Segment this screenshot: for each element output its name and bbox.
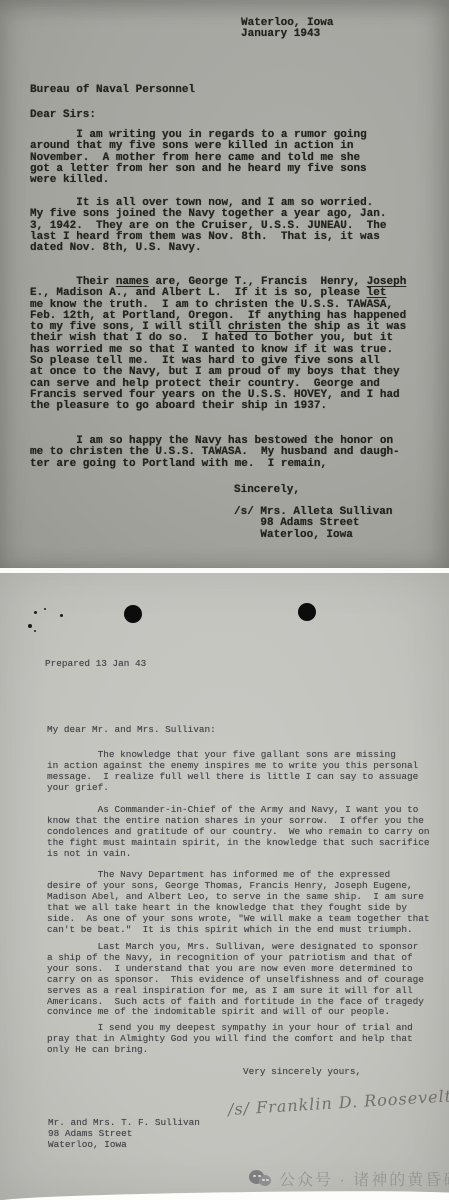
watermark: 公众号 · 诸神的黄昏研究会 (249, 1167, 449, 1190)
ink-speck (60, 614, 63, 617)
letter2-paragraph-5: I send you my deepest sympathy in your h… (47, 1023, 442, 1056)
letter2-salutation: My dear Mr. and Mrs. Sullivan: (47, 725, 216, 736)
letter2-paragraph-1: The knowledge that your five gallant son… (47, 750, 442, 794)
letter-sullivan-to-navy: Waterloo, Iowa January 1943 Bureau of Na… (0, 0, 449, 568)
ink-speck (34, 611, 37, 614)
letter2-recipient-block: Mr. and Mrs. T. F. Sullivan 98 Adams Str… (48, 1118, 200, 1151)
letter1-paragraph-1: I am writing you in regards to a rumor g… (30, 130, 435, 186)
hole-punch-right (298, 603, 316, 621)
letter1-closing: Sincerely, (234, 485, 300, 496)
ink-speck (28, 624, 32, 628)
chat-bubbles-icon (249, 1170, 273, 1188)
roosevelt-handwritten-signature: /s/ Franklin D. Roosevelt (227, 1086, 449, 1119)
letter1-paragraph-4: I am so happy the Navy has bestowed the … (30, 436, 435, 470)
letter2-prepared-stamp: Prepared 13 Jan 43 (45, 659, 146, 670)
letter1-paragraph-3: Their names are, George T., Francis Henr… (30, 277, 440, 413)
letter2-paragraph-4: Last March you, Mrs. Sullivan, were desi… (47, 942, 442, 1018)
letter1-paragraph-2: It is all over town now, and I am so wor… (30, 198, 435, 254)
letter1-signature-block: /s/ Mrs. Alleta Sullivan 98 Adams Street… (234, 507, 392, 541)
letter-roosevelt-reply: Prepared 13 Jan 43 My dear Mr. and Mrs. … (0, 573, 449, 1200)
torn-scan-edge (0, 1190, 449, 1200)
letter2-paragraph-2: As Commander-in-Chief of the Army and Na… (47, 805, 442, 860)
ink-speck (34, 630, 36, 632)
watermark-text: 公众号 · 诸神的黄昏研究会 (279, 1167, 449, 1190)
ink-speck (44, 608, 46, 610)
letter1-salutation: Dear Sirs: (30, 110, 96, 121)
letter2-paragraph-3: The Navy Department has informed me of t… (47, 870, 442, 935)
letter1-recipient-line: Bureau of Naval Personnel (30, 85, 195, 96)
letter1-place-date: Waterloo, Iowa January 1943 (241, 18, 333, 41)
letter2-closing: Very sincerely yours, (243, 1067, 361, 1078)
scanned-letters-page: Waterloo, Iowa January 1943 Bureau of Na… (0, 0, 449, 1200)
hole-punch-left (124, 605, 142, 623)
